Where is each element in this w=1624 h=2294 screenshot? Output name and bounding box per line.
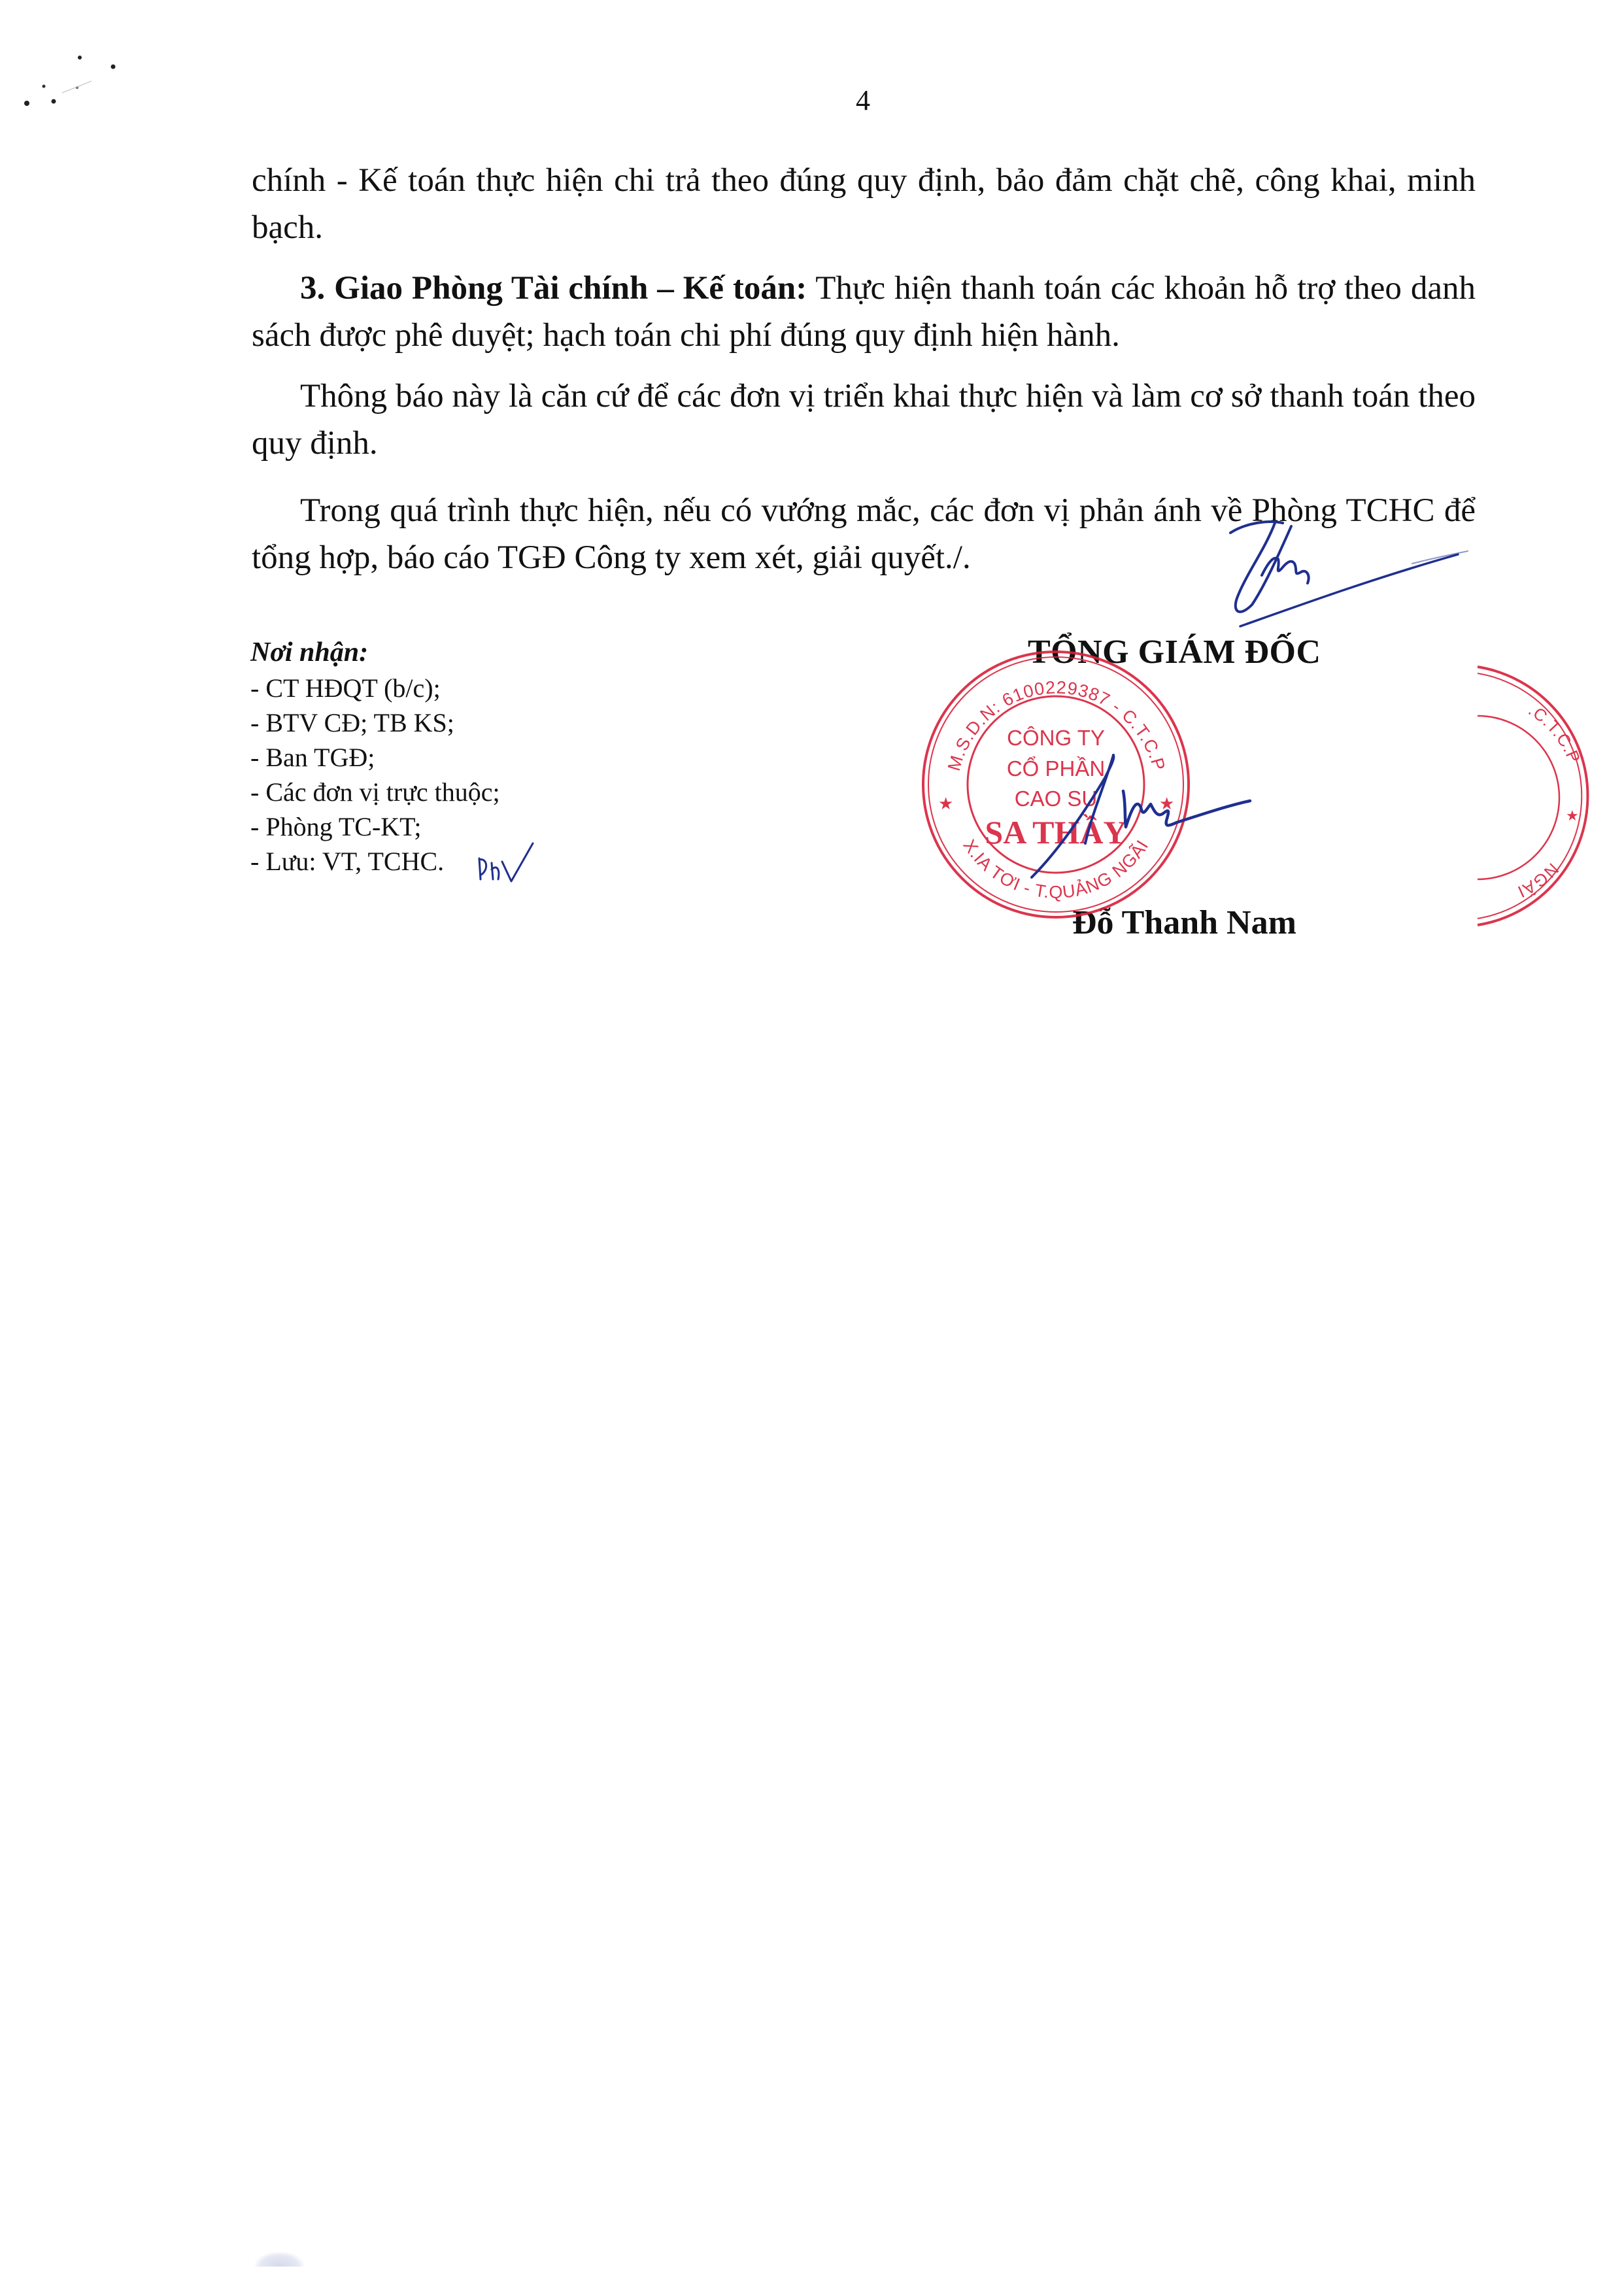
- stamp-line-3: CAO SU: [1015, 786, 1098, 811]
- paragraph-text: Thông báo này là căn cứ để các đơn vị tr…: [252, 373, 1476, 467]
- star-icon: ★: [1159, 794, 1174, 814]
- stamp-line-1: CÔNG TY: [1007, 726, 1105, 750]
- star-icon: ★: [938, 794, 953, 814]
- recipient-item: - Lưu: VT, TCHC.: [250, 844, 500, 879]
- stamp-line-2: CỔ PHẦN: [1007, 756, 1105, 781]
- company-stamp: M.S.D.N: 6100229387 - C.T.C.P X.IA TƠI -…: [919, 647, 1193, 922]
- recipient-item: - Ban TGĐ;: [250, 740, 500, 775]
- stamp-line-4: SA THẦY: [985, 813, 1126, 851]
- recipient-item: - Phòng TC-KT;: [250, 809, 500, 844]
- paragraph-text: Trong quá trình thực hiện, nếu có vướng …: [252, 487, 1476, 581]
- paragraph-continuation: chính - Kế toán thực hiện chi trả theo đ…: [252, 157, 1476, 251]
- scan-smudge: [255, 2252, 304, 2267]
- recipient-item: - CT HĐQT (b/c);: [250, 671, 500, 705]
- recipient-item: - BTV CĐ; TB KS;: [250, 705, 500, 740]
- recipients-heading: Nơi nhận:: [250, 634, 500, 671]
- paragraph-closing: Trong quá trình thực hiện, nếu có vướng …: [252, 487, 1476, 581]
- paragraph-text: chính - Kế toán thực hiện chi trả theo đ…: [252, 157, 1476, 251]
- page-number: 4: [0, 84, 1624, 117]
- star-icon: ★: [1566, 808, 1579, 824]
- item-heading: 3. Giao Phòng Tài chính – Kế toán:: [300, 270, 807, 307]
- recipients-list: - CT HĐQT (b/c); - BTV CĐ; TB KS; - Ban …: [250, 671, 500, 879]
- recipients-block: Nơi nhận: - CT HĐQT (b/c); - BTV CĐ; TB …: [250, 634, 500, 879]
- paragraph-item-3: 3. Giao Phòng Tài chính – Kế toán: Thực …: [252, 265, 1476, 359]
- recipient-item: - Các đơn vị trực thuộc;: [250, 775, 500, 809]
- paragraph-text: 3. Giao Phòng Tài chính – Kế toán: Thực …: [252, 265, 1476, 359]
- edge-stamp: .C.T.C.P NGÃI ★: [1474, 654, 1624, 928]
- paragraph-basis: Thông báo này là căn cứ để các đơn vị tr…: [252, 373, 1476, 467]
